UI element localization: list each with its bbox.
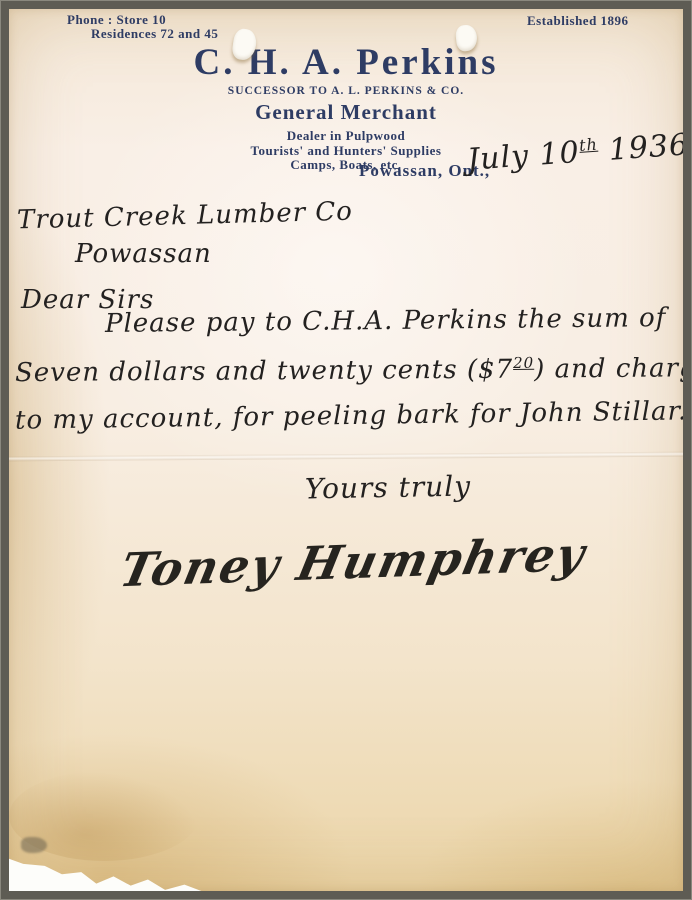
business-type: General Merchant <box>9 100 683 125</box>
scanned-letter: Phone : Store 10 Residences 72 and 45 Es… <box>0 0 692 900</box>
body-line-2-tail: ) and charge <box>534 353 683 384</box>
signature: Toney Humphrey <box>115 527 591 598</box>
closing-phrase: Yours truly <box>305 470 472 506</box>
fold-crease <box>9 452 683 462</box>
body-line-3: to my account, for peeling bark for John… <box>15 396 683 435</box>
date-ordinal-suffix: th <box>578 135 598 155</box>
debris-speck <box>21 837 47 853</box>
body-line-2-text: Seven dollars and twenty cents ($7 <box>15 355 513 388</box>
phone-block: Phone : Store 10 Residences 72 and 45 <box>67 13 218 41</box>
successor-line: SUCCESSOR TO A. L. PERKINS & CO. <box>9 85 683 97</box>
phone-store-line: Phone : Store 10 <box>67 13 218 27</box>
letter-paper: Phone : Store 10 Residences 72 and 45 Es… <box>9 9 683 891</box>
recipient-name: Trout Creek Lumber Co <box>17 197 354 236</box>
phone-residences-line: Residences 72 and 45 <box>91 27 218 41</box>
body-line-1: Please pay to C.H.A. Perkins the sum of <box>105 303 667 339</box>
cents-superscript: 20 <box>513 354 534 372</box>
body-line-2: Seven dollars and twenty cents ($720) an… <box>15 353 683 389</box>
established-line: Established 1896 <box>527 13 629 29</box>
company-name: C. H. A. Perkins <box>9 43 683 83</box>
date-year: 1936 <box>608 127 683 168</box>
recipient-place: Powassan <box>75 239 212 269</box>
